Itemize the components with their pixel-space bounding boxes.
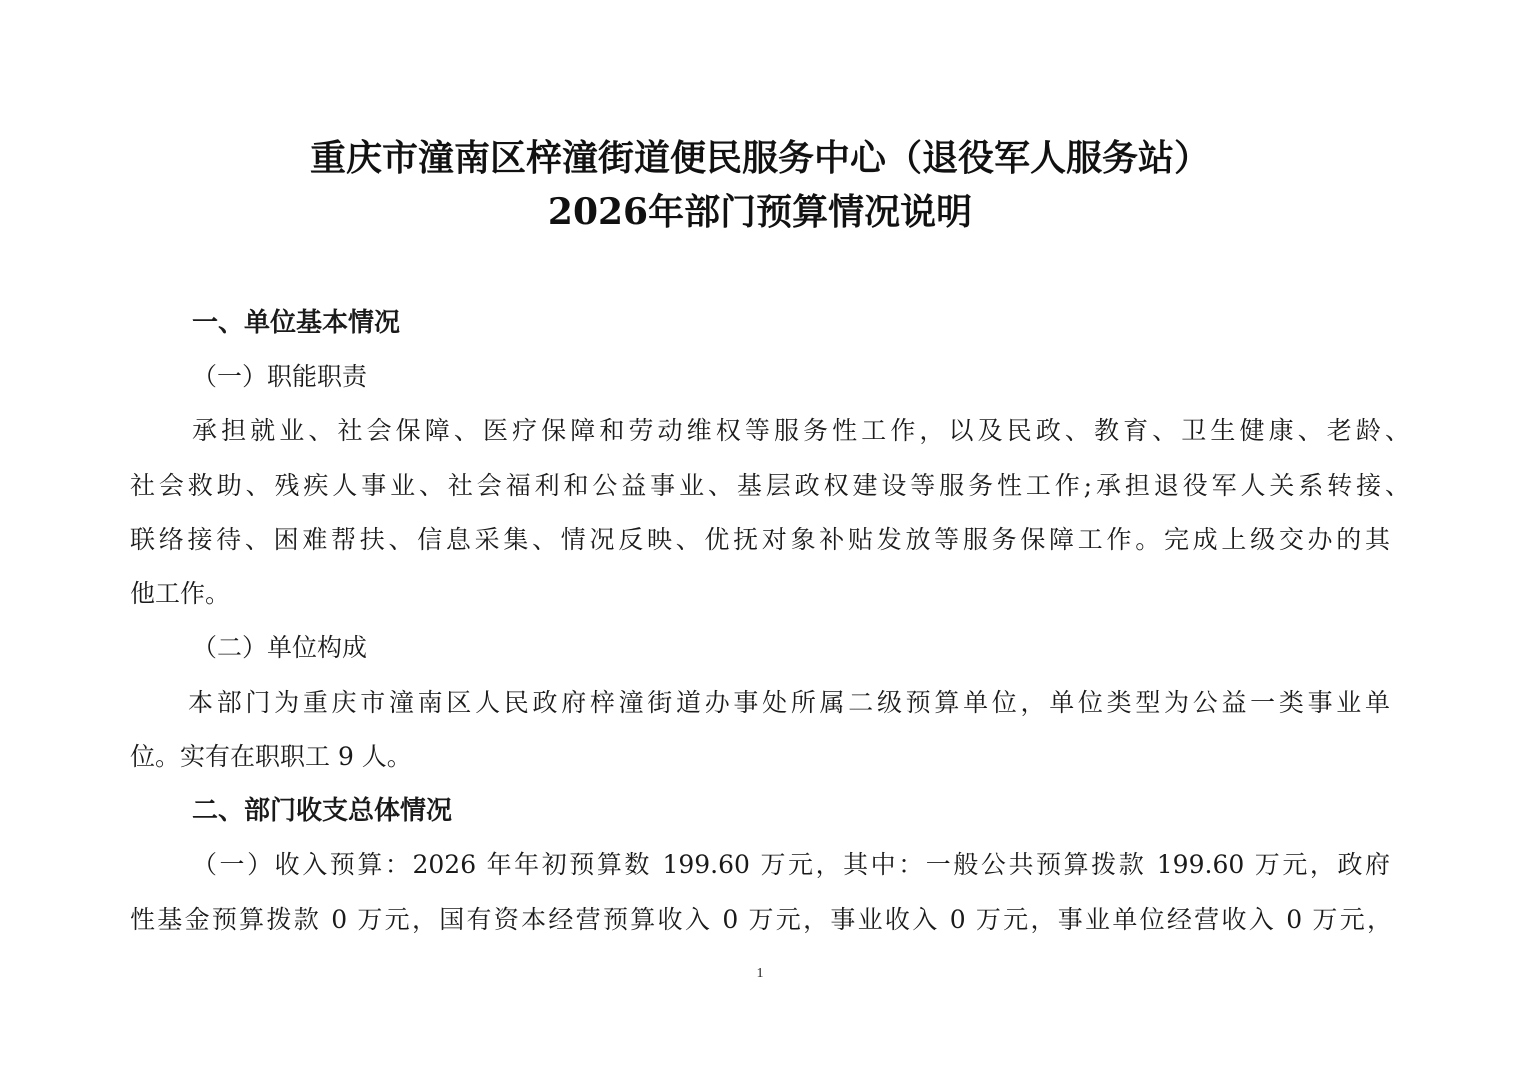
subsection-heading-functions: （一）职能职责	[192, 360, 367, 394]
subsection-heading-composition: （二）单位构成	[192, 631, 367, 665]
document-title-line-2: 2026年部门预算情况说明	[0, 190, 1520, 234]
paragraph-line: （一）收入预算：2026 年年初预算数 199.60 万元，其中：一般公共预算拨…	[192, 848, 1390, 882]
document-title-line-1: 重庆市潼南区梓潼街道便民服务中心（退役军人服务站）	[0, 136, 1520, 180]
paragraph-line: 位。实有在职职工 9 人。	[130, 740, 412, 774]
paragraph-line: 本部门为重庆市潼南区人民政府梓潼街道办事处所属二级预算单位，单位类型为公益一类事…	[188, 686, 1390, 720]
paragraph-line: 性基金预算拨款 0 万元，国有资本经营预算收入 0 万元，事业收入 0 万元，事…	[130, 903, 1392, 937]
paragraph-line: 他工作。	[130, 577, 230, 611]
document-page: 重庆市潼南区梓潼街道便民服务中心（退役军人服务站） 2026年部门预算情况说明 …	[0, 0, 1520, 1074]
paragraph-line: 联络接待、困难帮扶、信息采集、情况反映、优抚对象补贴发放等服务保障工作。完成上级…	[130, 523, 1390, 557]
section-heading-revenue-expenditure: 二、部门收支总体情况	[192, 794, 452, 828]
section-heading-basic-info: 一、单位基本情况	[192, 306, 400, 340]
paragraph-line: 承担就业、社会保障、医疗保障和劳动维权等服务性工作，以及民政、教育、卫生健康、老…	[192, 414, 1410, 448]
paragraph-line: 社会救助、残疾人事业、社会福利和公益事业、基层政权建设等服务性工作;承担退役军人…	[130, 469, 1410, 503]
page-number: 1	[0, 966, 1520, 982]
